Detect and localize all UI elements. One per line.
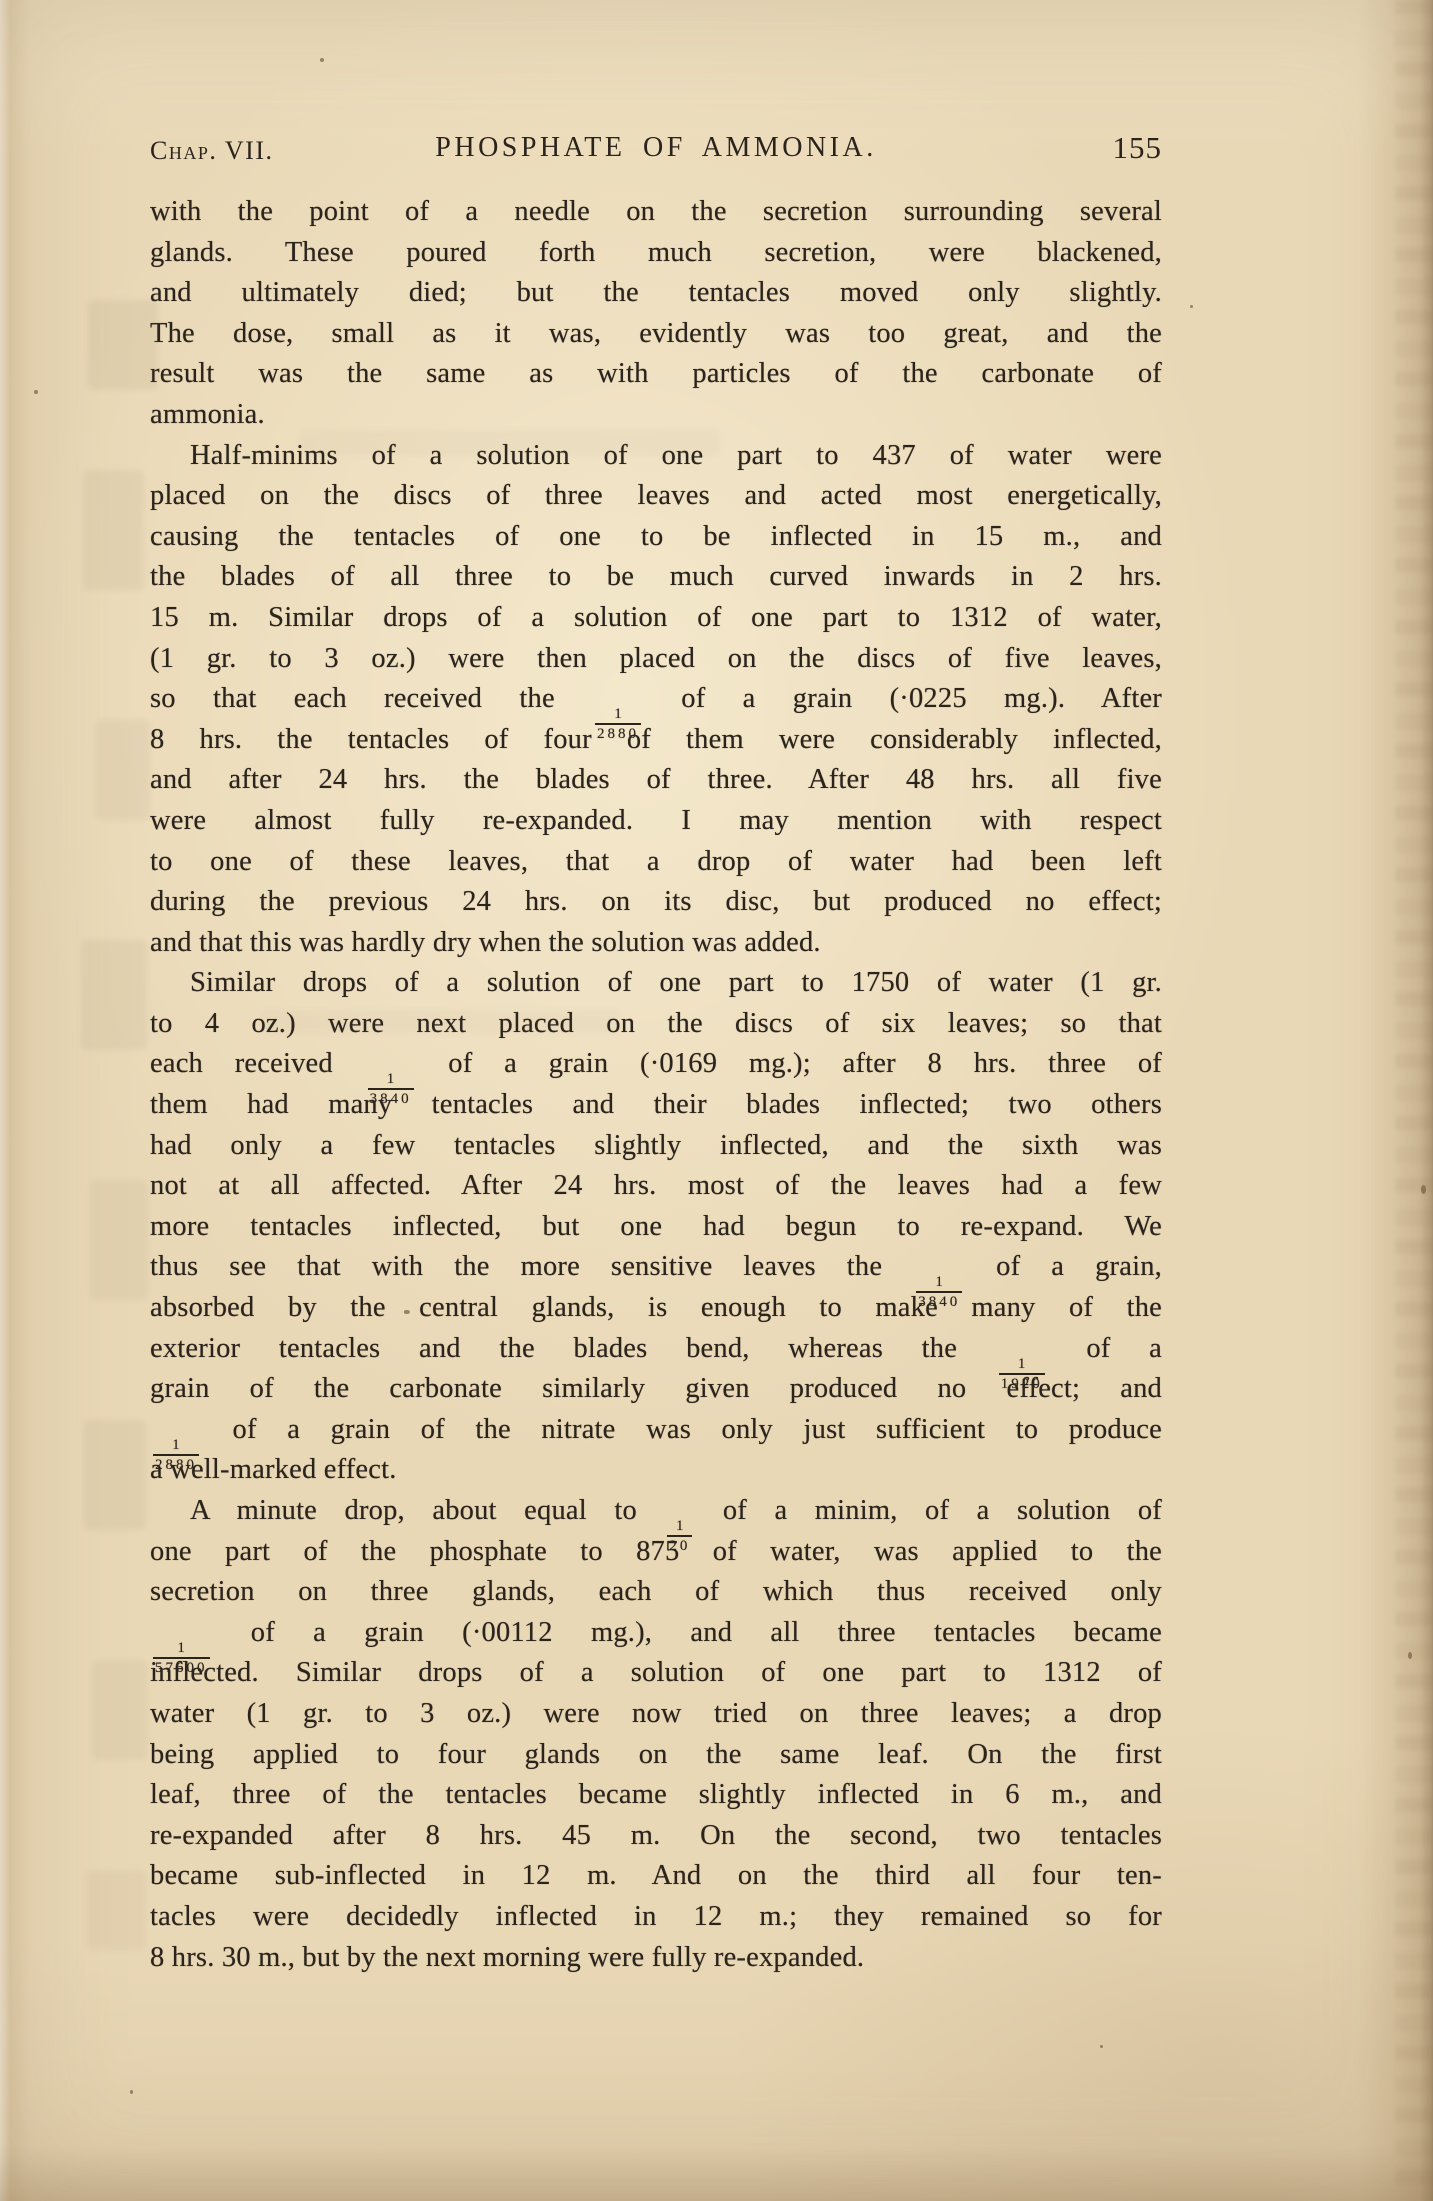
text-line: them had many tentacles and their blades… xyxy=(150,1085,1162,1126)
dust-speck xyxy=(1190,305,1193,308)
text-line: 157600 of a grain (·00112 mg.), and all … xyxy=(150,1613,1162,1654)
text-line: The dose, small as it was, evidently was… xyxy=(150,314,1162,355)
page-edge-left xyxy=(0,0,30,2201)
chapter-label: Chap. VII. xyxy=(150,136,273,166)
show-through-artifact xyxy=(92,1660,147,1760)
show-through-artifact xyxy=(90,1180,148,1300)
text-line: and after 24 hrs. the blades of three. A… xyxy=(150,760,1162,801)
text-line: 8 hrs. the tentacles of four of them wer… xyxy=(150,720,1162,761)
show-through-artifact xyxy=(84,470,144,590)
text-line: the blades of all three to be much curve… xyxy=(150,557,1162,598)
text-line: causing the tentacles of one to be infle… xyxy=(150,517,1162,558)
text-line: were almost fully re-expanded. I may men… xyxy=(150,801,1162,842)
show-through-artifact xyxy=(86,1870,146,1950)
text-line: 8 hrs. 30 m., but by the next morning we… xyxy=(150,1938,1162,1979)
text-line: ammonia. xyxy=(150,395,1162,436)
text-line: so that each received the 12880 of a gra… xyxy=(150,679,1162,720)
page-edge-bottom xyxy=(0,2146,1433,2201)
page-number: 155 xyxy=(1113,130,1163,166)
text-line: one part of the phosphate to 875 of wate… xyxy=(150,1532,1162,1573)
dust-speck xyxy=(34,390,38,394)
text-line: and that this was hardly dry when the so… xyxy=(150,923,1162,964)
text-line: placed on the discs of three leaves and … xyxy=(150,476,1162,517)
text-line: re-expanded after 8 hrs. 45 m. On the se… xyxy=(150,1816,1162,1857)
text-line: exterior tentacles and the blades bend, … xyxy=(150,1329,1162,1370)
text-line: tacles were decidedly inflected in 12 m.… xyxy=(150,1897,1162,1938)
text-line: to 4 oz.) were next placed on the discs … xyxy=(150,1004,1162,1045)
text-line: had only a few tentacles slightly inflec… xyxy=(150,1126,1162,1167)
text-line: 12880 of a grain of the nitrate was only… xyxy=(150,1410,1162,1451)
page-edge-right xyxy=(1358,0,1433,2201)
text-line: being applied to four glands on the same… xyxy=(150,1735,1162,1776)
text-line: during the previous 24 hrs. on its disc,… xyxy=(150,882,1162,923)
show-through-artifact xyxy=(95,720,150,820)
show-through-artifact xyxy=(82,940,147,1050)
text-line: grain of the carbonate similarly given p… xyxy=(150,1369,1162,1410)
dust-speck xyxy=(130,2090,133,2094)
text-line: secretion on three glands, each of which… xyxy=(150,1572,1162,1613)
text-line: Similar drops of a solution of one part … xyxy=(150,963,1162,1004)
show-through-artifact xyxy=(84,1420,146,1530)
text-line: with the point of a needle on the secret… xyxy=(150,192,1162,233)
text-line: glands. These poured forth much secretio… xyxy=(150,233,1162,274)
text-line: more tentacles inflected, but one had be… xyxy=(150,1207,1162,1248)
dust-speck xyxy=(1100,2045,1103,2048)
text-line: not at all affected. After 24 hrs. most … xyxy=(150,1166,1162,1207)
dust-speck xyxy=(320,58,324,62)
text-line: result was the same as with particles of… xyxy=(150,354,1162,395)
text-line: to one of these leaves, that a drop of w… xyxy=(150,842,1162,883)
text-line: thus see that with the more sensitive le… xyxy=(150,1247,1162,1288)
text-line: absorbed by the central glands, is enoug… xyxy=(150,1288,1162,1329)
book-page-scan: Chap. VII. PHOSPHATE OF AMMONIA. 155 wit… xyxy=(0,0,1433,2201)
text-line: and ultimately died; but the tentacles m… xyxy=(150,273,1162,314)
body-text-block: with the point of a needle on the secret… xyxy=(150,192,1162,1978)
show-through-artifact xyxy=(88,300,158,390)
page-edge-mottle xyxy=(1395,0,1433,2201)
text-line: leaf, three of the tentacles became slig… xyxy=(150,1775,1162,1816)
page-title: PHOSPHATE OF AMMONIA. xyxy=(435,132,876,164)
text-line: 15 m. Similar drops of a solution of one… xyxy=(150,598,1162,639)
text-line: each received 13840 of a grain (·0169 mg… xyxy=(150,1044,1162,1085)
dust-speck xyxy=(1421,1185,1426,1194)
text-line: (1 gr. to 3 oz.) were then placed on the… xyxy=(150,639,1162,680)
text-line: inflected. Similar drops of a solution o… xyxy=(150,1653,1162,1694)
text-line: a well-marked effect. xyxy=(150,1450,1162,1491)
text-line: water (1 gr. to 3 oz.) were now tried on… xyxy=(150,1694,1162,1735)
text-line: Half-minims of a solution of one part to… xyxy=(150,436,1162,477)
running-head: Chap. VII. PHOSPHATE OF AMMONIA. 155 xyxy=(150,130,1162,172)
text-line: A minute drop, about equal to 120 of a m… xyxy=(150,1491,1162,1532)
text-line: became sub-inflected in 12 m. And on the… xyxy=(150,1856,1162,1897)
dust-speck xyxy=(1408,1652,1412,1659)
